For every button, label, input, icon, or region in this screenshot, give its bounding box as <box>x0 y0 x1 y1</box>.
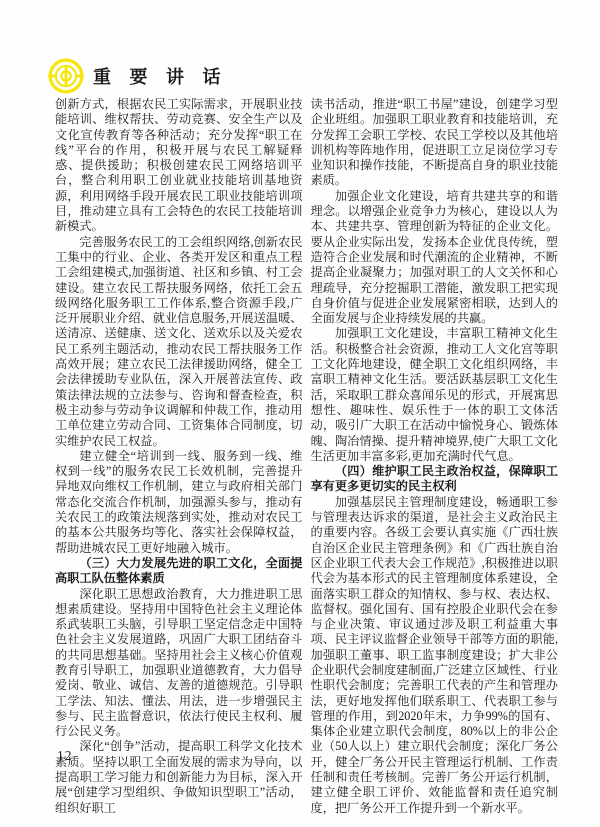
text-column-right: 读书活动，推进“职工书屋”建设，创建学习型企业班组。加强职工职业教育和技能培训，… <box>311 97 559 816</box>
section-heading: （四）维护职工民主政治权益，保障职工享有更多更切实的民主权利 <box>311 464 559 495</box>
body-paragraph: 深化职工思想政治教育，大力推进职工思想素质建设。坚持用中国特色社会主义理论体系武… <box>55 587 303 740</box>
page-number: 12 <box>57 748 73 764</box>
text-column-left: 创新方式，根据农民工实际需求，开展职业技能培训、维权帮扶、劳动竞赛、安全生产以及… <box>55 97 303 816</box>
document-page: 重 要 讲 话 创新方式，根据农民工实际需求，开展职业技能培训、维权帮扶、劳动竞… <box>0 0 600 827</box>
section-title: 重 要 讲 话 <box>93 63 228 89</box>
body-paragraph: 读书活动，推进“职工书屋”建设，创建学习型企业班组。加强职工职业教育和技能培训，… <box>311 97 559 189</box>
body-paragraph: 深化“创争”活动，提高职工科学文化技术素质。坚持以职工全面发展的需求为导向，以提… <box>55 739 303 815</box>
body-paragraph: 完善服务农民工的工会组织网络,创新农民工集中的行业、企业、各类开发区和重点工程工… <box>55 235 303 449</box>
page-header: 重 要 讲 话 <box>48 58 228 94</box>
body-paragraph: 建立健全“培训到一线、服务到一线、维权到一线”的服务农民工长效机制，完善提升异地… <box>55 449 303 556</box>
trade-union-emblem-icon <box>48 58 84 94</box>
two-column-text-area: 创新方式，根据农民工实际需求，开展职业技能培训、维权帮扶、劳动竞赛、安全生产以及… <box>55 97 558 816</box>
body-paragraph: 创新方式，根据农民工实际需求，开展职业技能培训、维权帮扶、劳动竞赛、安全生产以及… <box>55 97 303 235</box>
section-heading: （三）大力发展先进的职工文化，全面提高职工队伍整体素质 <box>55 556 303 587</box>
body-paragraph: 加强职工文化建设，丰富职工精神文化生活。积极整合社会资源，推动工人文化宫等职工文… <box>311 326 559 464</box>
body-paragraph: 加强企业文化建设，培育共建共享的和谐理念。以增强企业竞争力为核心，建设以人为本、… <box>311 189 559 327</box>
body-paragraph: 加强基层民主管理制度建设，畅通职工参与管理表达诉求的渠道，是社会主义政治民主的重… <box>311 495 559 816</box>
